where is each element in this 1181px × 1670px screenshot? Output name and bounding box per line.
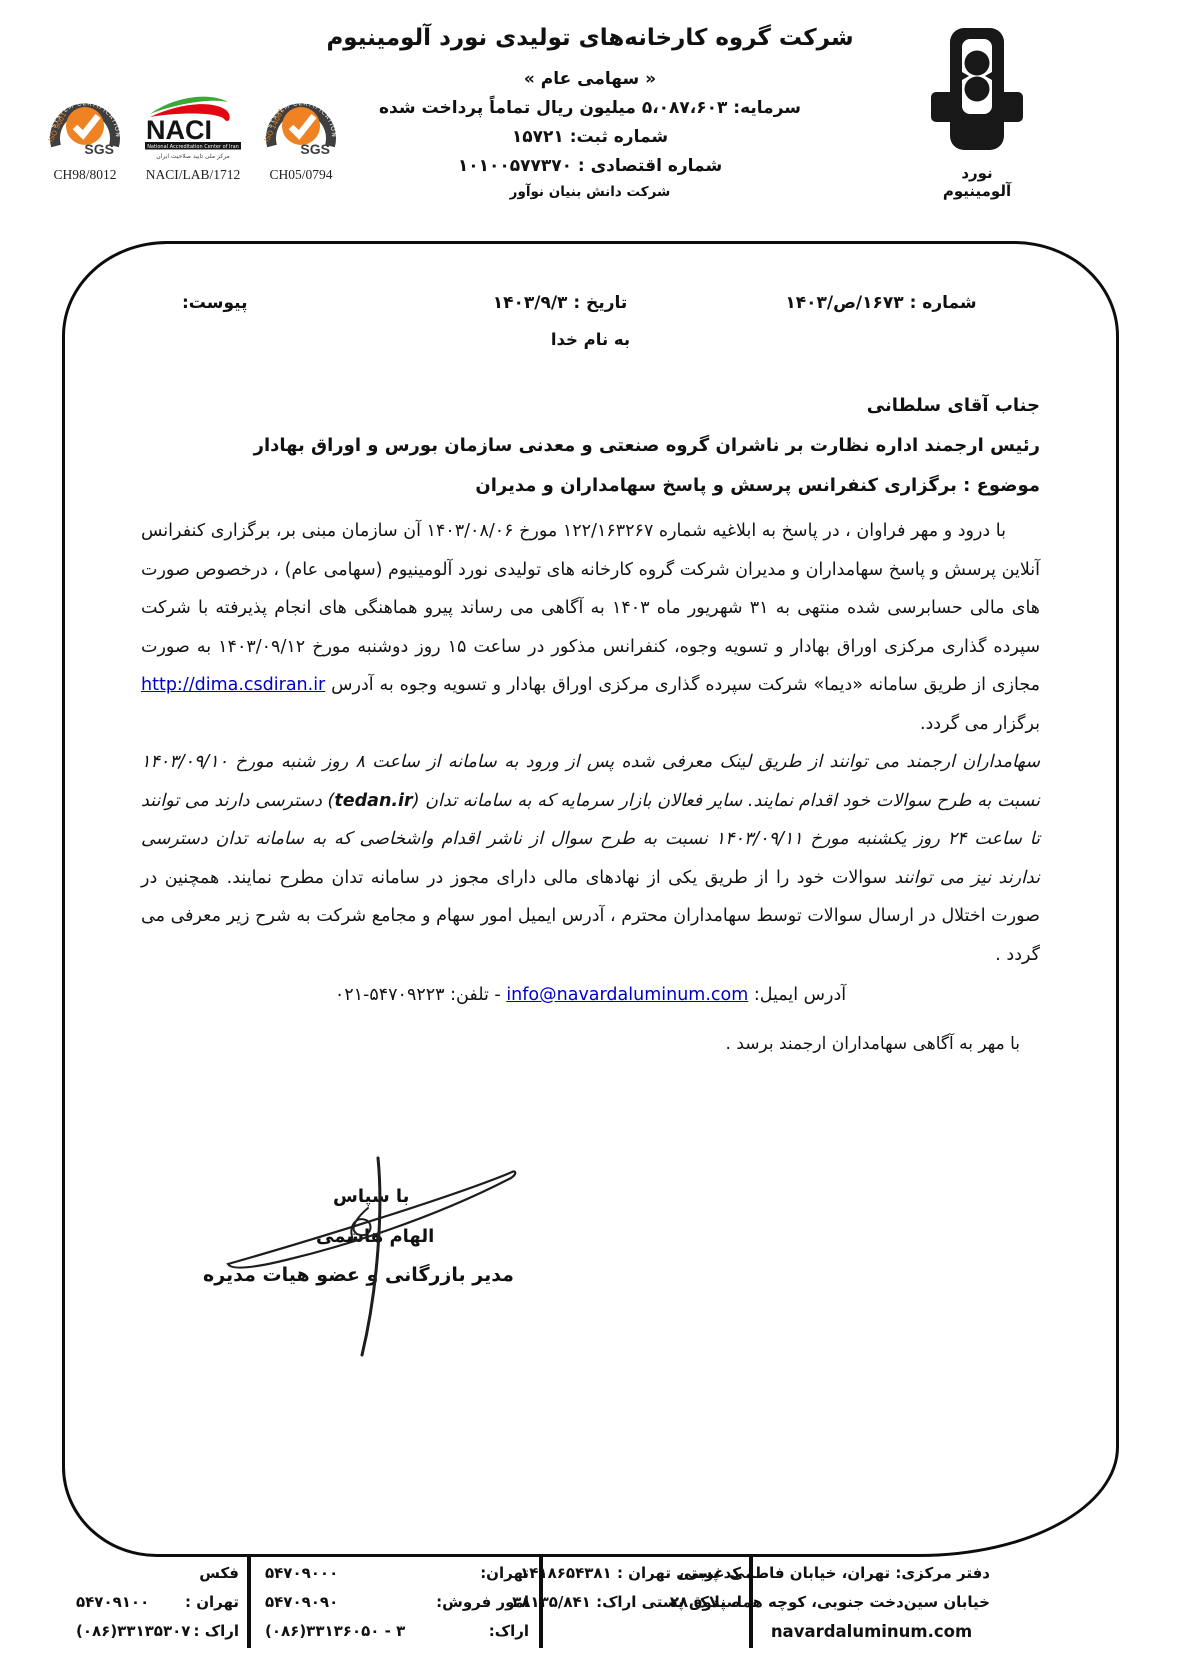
letter-date-label: تاریخ : — [573, 293, 627, 313]
postal-box-arak: صندوق پستی اراک: ۳۸۱۳۵/۸۴۱ — [547, 1588, 741, 1617]
recipient-name: جناب آقای سلطانی — [141, 386, 1040, 426]
footer-fax-column: فکس تهران : ۵۴۷۰۹۱۰۰ اراک : (۰۸۶)۳۳۱۳۵۳۰… — [66, 1557, 247, 1648]
naci-icon: NACI National Accreditation Center of Ir… — [140, 90, 246, 162]
email-link[interactable]: info@navardaluminum.com — [506, 985, 748, 1005]
sgs-brand-text: SGS — [300, 141, 330, 157]
fax-value: ۵۴۷۰۹۱۰۰ — [76, 1588, 149, 1617]
fax-row: تهران : ۵۴۷۰۹۱۰۰ — [76, 1588, 239, 1617]
footer-postal-column: کد پستی تهران : ۱۴۱۸۶۵۴۳۸۱ صندوق پستی ار… — [543, 1557, 749, 1648]
cert-code: CH98/8012 — [44, 167, 126, 183]
naci-logo: NACI National Accreditation Center of Ir… — [140, 90, 246, 183]
footer-divider — [749, 1557, 753, 1648]
tedan-link-text: tedan.ir — [334, 791, 412, 811]
letter-page: شرکت گروه کارخانه‌های تولیدی نورد آلومین… — [0, 0, 1181, 1670]
footer: دفتر مرکزی: تهران، خیابان فاطمی غربی، خی… — [60, 1557, 990, 1648]
besmellah: به نام خدا — [0, 330, 1181, 349]
logo-caption: نورد آلومینیوم — [925, 164, 1029, 200]
sgs-certification-icon: SYSTEM CERTIFICATION ISO 14001 SGS — [260, 90, 342, 162]
p1-text: با درود و مهر فراوان ، در پاسخ به ابلاغی… — [141, 521, 1040, 695]
dima-link[interactable]: http://dima.csdiran.ir — [141, 675, 325, 695]
fax-label: اراک : — [194, 1617, 240, 1646]
naci-strip-text: National Accreditation Center of Iran — [147, 144, 239, 150]
fax-title: فکس — [76, 1559, 239, 1588]
phone-number: ۰۲۱-۵۴۷۰۹۲۲۳ — [335, 985, 445, 1005]
phone-value: ۵۴۷۰۹۰۰۰ — [265, 1559, 338, 1588]
letter-date-value: ۱۴۰۳/۹/۳ — [493, 293, 568, 313]
capital-line: سرمایه: ۵،۰۸۷،۶۰۳ میلیون ریال تماماً پرد… — [240, 98, 940, 118]
phone-label: امور فروش: — [436, 1588, 529, 1617]
footer-address-column: دفتر مرکزی: تهران، خیابان فاطمی غربی، خی… — [753, 1557, 990, 1648]
paragraph-1: با درود و مهر فراوان ، در پاسخ به ابلاغی… — [141, 512, 1040, 743]
office-address-line1: دفتر مرکزی: تهران، خیابان فاطمی غربی، — [753, 1559, 990, 1588]
p1-text-end: برگزار می گردد. — [920, 714, 1040, 734]
handwritten-signature — [140, 1128, 540, 1383]
cert-code: NACI/LAB/1712 — [140, 167, 246, 183]
contact-separator: - — [489, 985, 506, 1005]
phone-label: اراک: — [489, 1617, 529, 1646]
letter-subject: موضوع : برگزاری کنفرانس پرسش و پاسخ سهام… — [141, 466, 1040, 506]
phone-value: (۰۸۶)۳۳۱۳۶۰۵۰ - ۳ — [265, 1617, 405, 1646]
economic-line: شماره اقتصادی : ۱۰۱۰۰۵۷۷۳۷۰ — [240, 156, 940, 176]
postal-code-tehran: کد پستی تهران : ۱۴۱۸۶۵۴۳۸۱ — [547, 1559, 741, 1588]
phone-label: تهران: — [480, 1559, 529, 1588]
rolling-mill-icon — [931, 26, 1023, 154]
recipient-block: جناب آقای سلطانی رئیس ارجمند اداره نظارت… — [141, 386, 1040, 506]
letter-number-label: شماره : — [910, 293, 977, 313]
company-title: شرکت گروه کارخانه‌های تولیدی نورد آلومین… — [240, 24, 940, 53]
footer-phones-column: تهران: ۵۴۷۰۹۰۰۰ امور فروش: ۵۴۷۰۹۰۹۰ اراک… — [251, 1557, 539, 1648]
company-type: « سهامی عام » — [240, 69, 940, 89]
phone-row: امور فروش: ۵۴۷۰۹۰۹۰ — [265, 1588, 529, 1617]
naci-brand-text: NACI — [146, 115, 212, 145]
letter-number-value: ۱۶۷۳/ص/۱۴۰۳ — [785, 293, 903, 313]
phone-value: ۵۴۷۰۹۰۹۰ — [265, 1588, 338, 1617]
fax-row: اراک : (۰۸۶)۳۳۱۳۵۳۰۷ — [76, 1617, 239, 1646]
phone-row: اراک: (۰۸۶)۳۳۱۳۶۰۵۰ - ۳ — [265, 1617, 529, 1646]
phone-label: تلفن: — [445, 985, 489, 1005]
cert-code: CH05/0794 — [260, 167, 342, 183]
footer-divider — [539, 1557, 543, 1648]
letter-date: تاریخ : ۱۴۰۳/۹/۳ — [465, 293, 655, 313]
fax-value: (۰۸۶)۳۳۱۳۵۳۰۷ — [76, 1617, 190, 1646]
letter-attachment: پیوست: — [182, 293, 292, 313]
website-domain: navardaluminum.com — [753, 1617, 990, 1646]
fax-label: تهران : — [185, 1588, 239, 1617]
recipient-title: رئیس ارجمند اداره نظارت بر ناشران گروه ص… — [141, 426, 1040, 466]
certification-logos: SYSTEM CERTIFICATION ISO 9001 SGS CH98/8… — [44, 90, 342, 183]
office-address-line2: خیابان سین‌دخت جنوبی، کوچه هما، پلاک ۲۸ — [753, 1588, 990, 1617]
email-label: آدرس ایمیل: — [748, 985, 846, 1005]
paragraph-2: سهامداران ارجمند می توانند از طریق لینک … — [141, 743, 1040, 974]
sgs-iso14001-logo: SYSTEM CERTIFICATION ISO 14001 SGS CH05/… — [260, 90, 342, 183]
registration-line: شماره ثبت: ۱۵۷۲۱ — [240, 127, 940, 147]
letter-body: با درود و مهر فراوان ، در پاسخ به ابلاغی… — [141, 512, 1040, 1015]
phone-row: تهران: ۵۴۷۰۹۰۰۰ — [265, 1559, 529, 1588]
stamp-note: با مهر به آگاهی سهامداران ارجمند برسد . — [141, 1034, 1020, 1054]
sgs-iso9001-logo: SYSTEM CERTIFICATION ISO 9001 SGS CH98/8… — [44, 90, 126, 183]
letter-meta-row: شماره : ۱۶۷۳/ص/۱۴۰۳ تاریخ : ۱۴۰۳/۹/۳ پیو… — [0, 293, 1181, 323]
contact-line: آدرس ایمیل: info@navardaluminum.com - تل… — [141, 976, 1040, 1015]
letter-number: شماره : ۱۶۷۳/ص/۱۴۰۳ — [762, 293, 1000, 313]
knowledge-based-line: شرکت دانش بنیان نوآور — [240, 184, 940, 200]
company-logo: نورد آلومینیوم — [925, 26, 1029, 200]
naci-strip-fa-text: مرکز ملی تایید صلاحیت ایران — [156, 153, 229, 160]
sgs-brand-text: SGS — [84, 141, 114, 157]
letterhead: شرکت گروه کارخانه‌های تولیدی نورد آلومین… — [240, 24, 940, 200]
sgs-certification-icon: SYSTEM CERTIFICATION ISO 9001 SGS — [44, 90, 126, 162]
footer-divider — [247, 1557, 251, 1648]
